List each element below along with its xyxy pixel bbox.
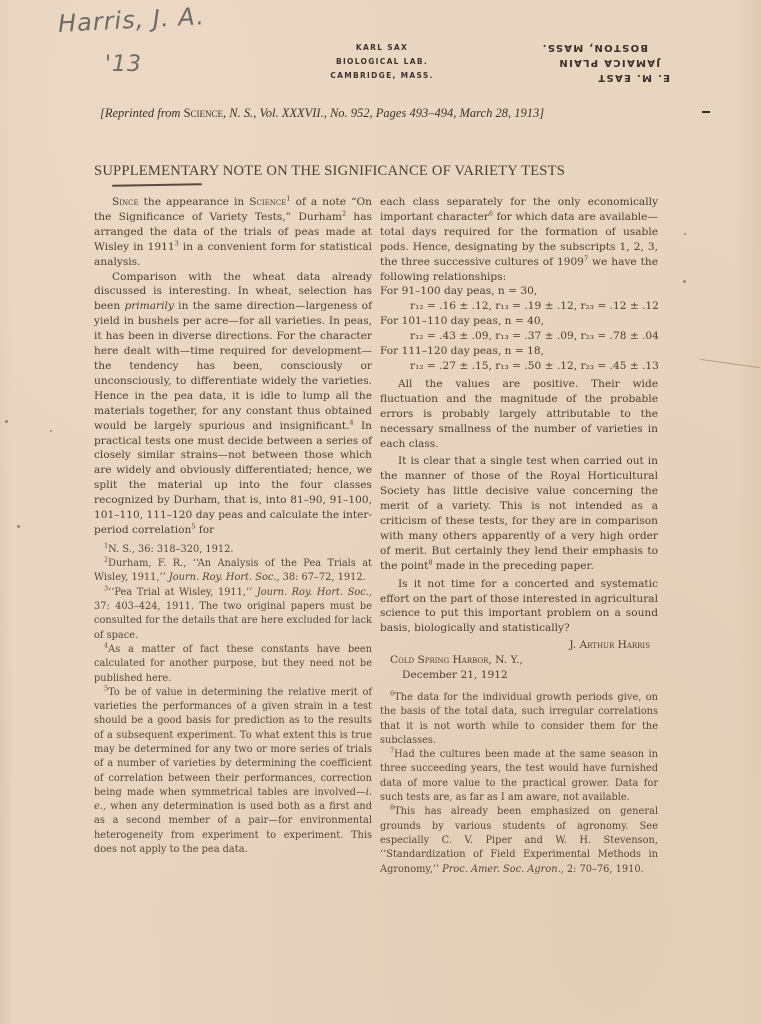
paragraph: Is it not time for a concerted and syste… — [380, 577, 658, 637]
footnotes-right: 6The data for the individual growth peri… — [380, 691, 658, 877]
author-location: Cold Spring Harbor, N. Y., — [380, 653, 658, 668]
article-title: SUPPLEMENTARY NOTE ON THE SIGNIFICANCE O… — [94, 163, 664, 180]
foxing-spot — [17, 525, 20, 528]
document-page: Harris, J. A. '13 KARL SAX BIOLOGICAL LA… — [0, 0, 761, 1024]
footnote-3: 3‘‘Pea Trial at Wisley, 1911,’’ Journ. R… — [94, 586, 372, 643]
handwritten-year-note: '13 — [105, 52, 142, 77]
paragraph: each class separately for the only econo… — [380, 195, 658, 284]
footnote-4: 4As a matter of fact these constants hav… — [94, 643, 372, 686]
footnote-6: 6The data for the individual growth peri… — [380, 691, 658, 748]
reprint-prefix: [Reprinted from — [100, 106, 184, 120]
footnote-8: 8This has already been emphasized on gen… — [380, 805, 658, 876]
journal-name: Science — [184, 106, 223, 120]
right-column: each class separately for the only econo… — [380, 195, 658, 877]
footnote-1: 1N. S., 36: 318–320, 1912. — [94, 543, 372, 557]
author-date: December 21, 1912 — [380, 668, 658, 683]
footnote-2: 2Durham, F. R., ‘‘An Analysis of the Pea… — [94, 557, 372, 586]
footnotes-left: 1N. S., 36: 318–320, 1912. 2Durham, F. R… — [94, 543, 372, 858]
stamp-line: BOSTON, MASS. — [460, 40, 670, 55]
relationship-values: r₁₂ = .27 ± .15, r₁₃ = .50 ± .12, r₂₃ = … — [380, 359, 658, 374]
foxing-spot — [683, 280, 686, 283]
paragraph: Since the appearance in Science1 of a no… — [94, 195, 372, 270]
footnote-5: 5To be of value in determining the relat… — [94, 686, 372, 858]
foxing-spot — [5, 420, 8, 423]
stamp-line: BIOLOGICAL LAB. — [312, 55, 452, 69]
author-signature: J. Arthur Harris — [380, 638, 658, 653]
relationship-values: r₁₂ = .16 ± .12, r₁₃ = .19 ± .12, r₂₃ = … — [380, 299, 658, 314]
paragraph: Comparison with the wheat data already d… — [94, 270, 372, 538]
pencil-underline — [112, 183, 202, 187]
ink-mark — [702, 111, 710, 113]
reprint-details: , N. S., Vol. XXXVII., No. 952, Pages 49… — [223, 106, 544, 120]
stamp-line: KARL SAX — [312, 41, 452, 55]
paragraph: All the values are positive. Their wide … — [380, 377, 658, 452]
relationship-label: For 101–110 day peas, n = 40, — [380, 314, 658, 329]
em-east-stamp-upside-down: E. M. EAST JAMAICA PLAIN BOSTON, MASS. — [460, 40, 670, 85]
relationship-values: r₁₂ = .43 ± .09, r₁₃ = .37 ± .09, r₂₃ = … — [380, 329, 658, 344]
foxing-spot — [50, 430, 52, 432]
handwritten-author-note: Harris, J. A. — [57, 2, 205, 38]
paper-crease — [700, 359, 760, 368]
correlation-relationships: For 91–100 day peas, n = 30, r₁₂ = .16 ±… — [380, 284, 658, 373]
stamp-line: E. M. EAST — [460, 70, 670, 85]
footnote-7: 7Had the cultures been made at the same … — [380, 748, 658, 805]
karl-sax-stamp: KARL SAX BIOLOGICAL LAB. CAMBRIDGE, MASS… — [312, 41, 452, 83]
stamp-line: JAMAICA PLAIN — [460, 55, 670, 70]
paragraph: It is clear that a single test when carr… — [380, 454, 658, 573]
relationship-label: For 91–100 day peas, n = 30, — [380, 284, 658, 299]
reprint-citation: [Reprinted from Science, N. S., Vol. XXX… — [100, 106, 660, 121]
relationship-label: For 111–120 day peas, n = 18, — [380, 344, 658, 359]
stamp-line: CAMBRIDGE, MASS. — [312, 69, 452, 83]
foxing-spot — [684, 233, 686, 235]
left-column: Since the appearance in Science1 of a no… — [94, 195, 372, 857]
